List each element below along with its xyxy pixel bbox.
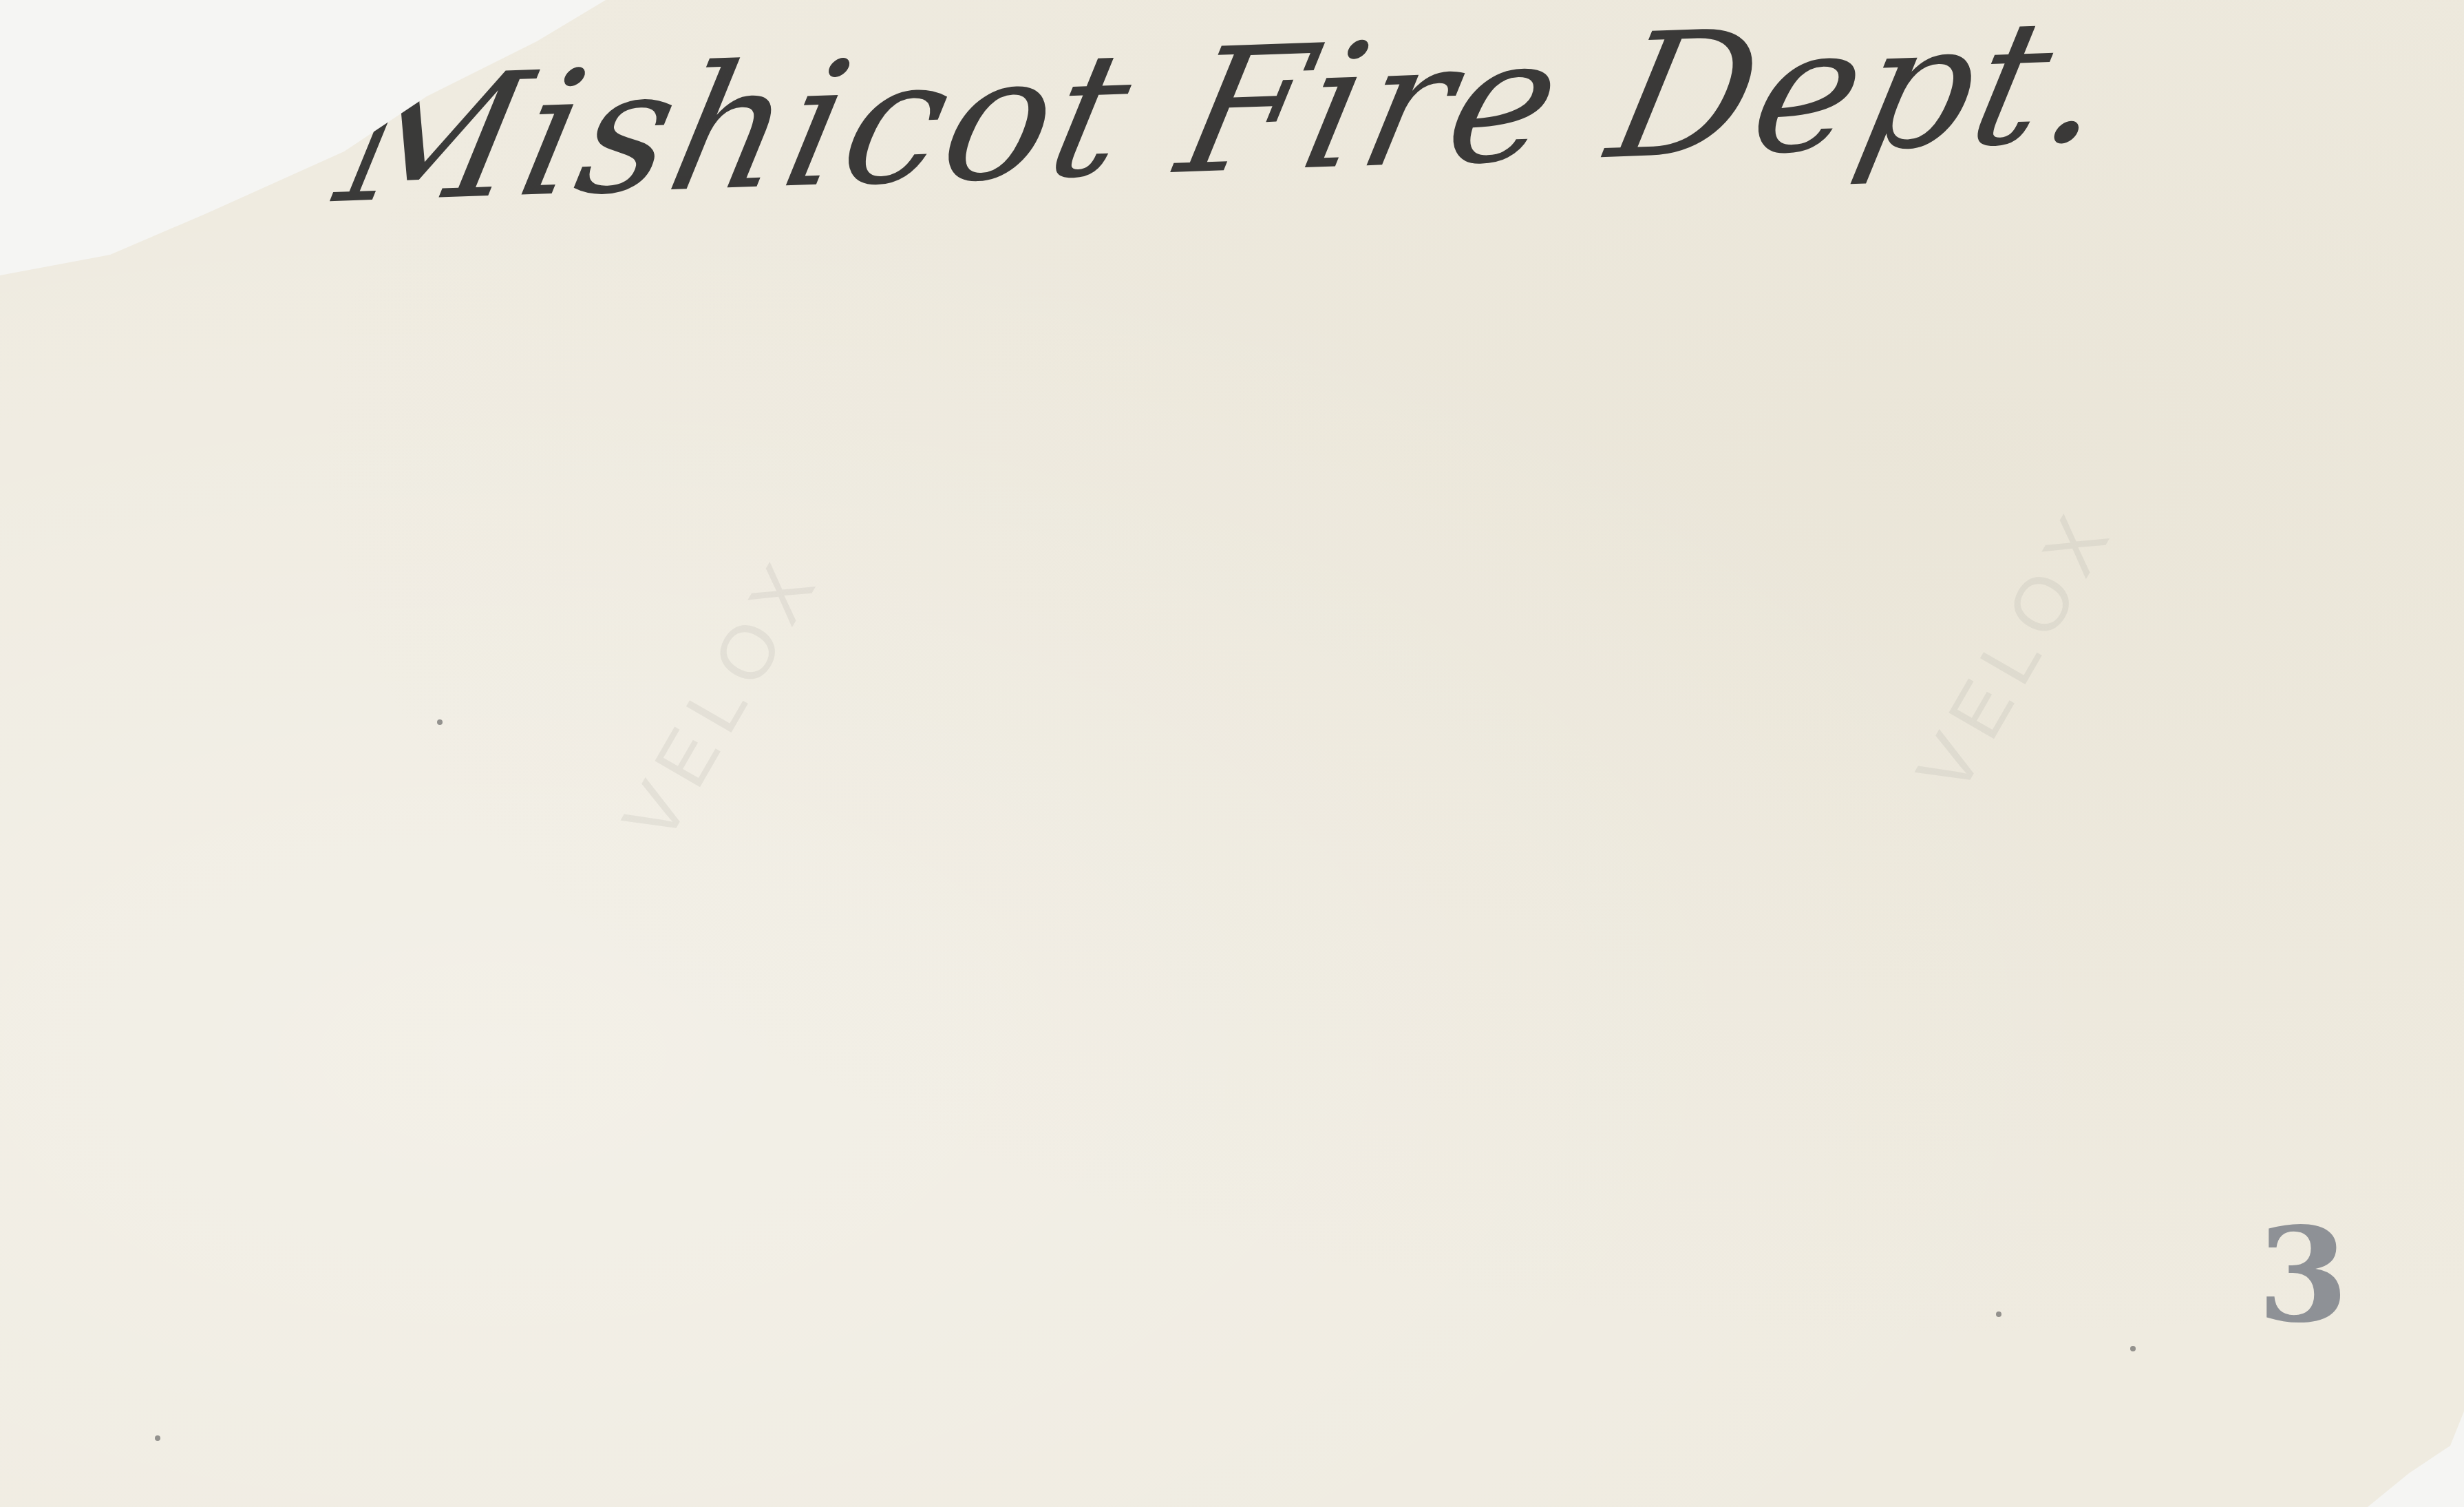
paper-speck	[155, 1435, 160, 1441]
paper-speck	[437, 719, 443, 725]
stamped-number: 3	[2258, 1198, 2348, 1351]
paper-speck	[1996, 1311, 2001, 1317]
velox-watermark: VELOX	[605, 540, 838, 856]
photo-card-back: Mishicot Fire Dept. VELOX VELOX 3	[0, 0, 2464, 1507]
velox-watermark: VELOX	[1899, 492, 2132, 808]
paper-speck	[2130, 1346, 2136, 1351]
handwritten-caption: Mishicot Fire Dept.	[323, 0, 2129, 242]
